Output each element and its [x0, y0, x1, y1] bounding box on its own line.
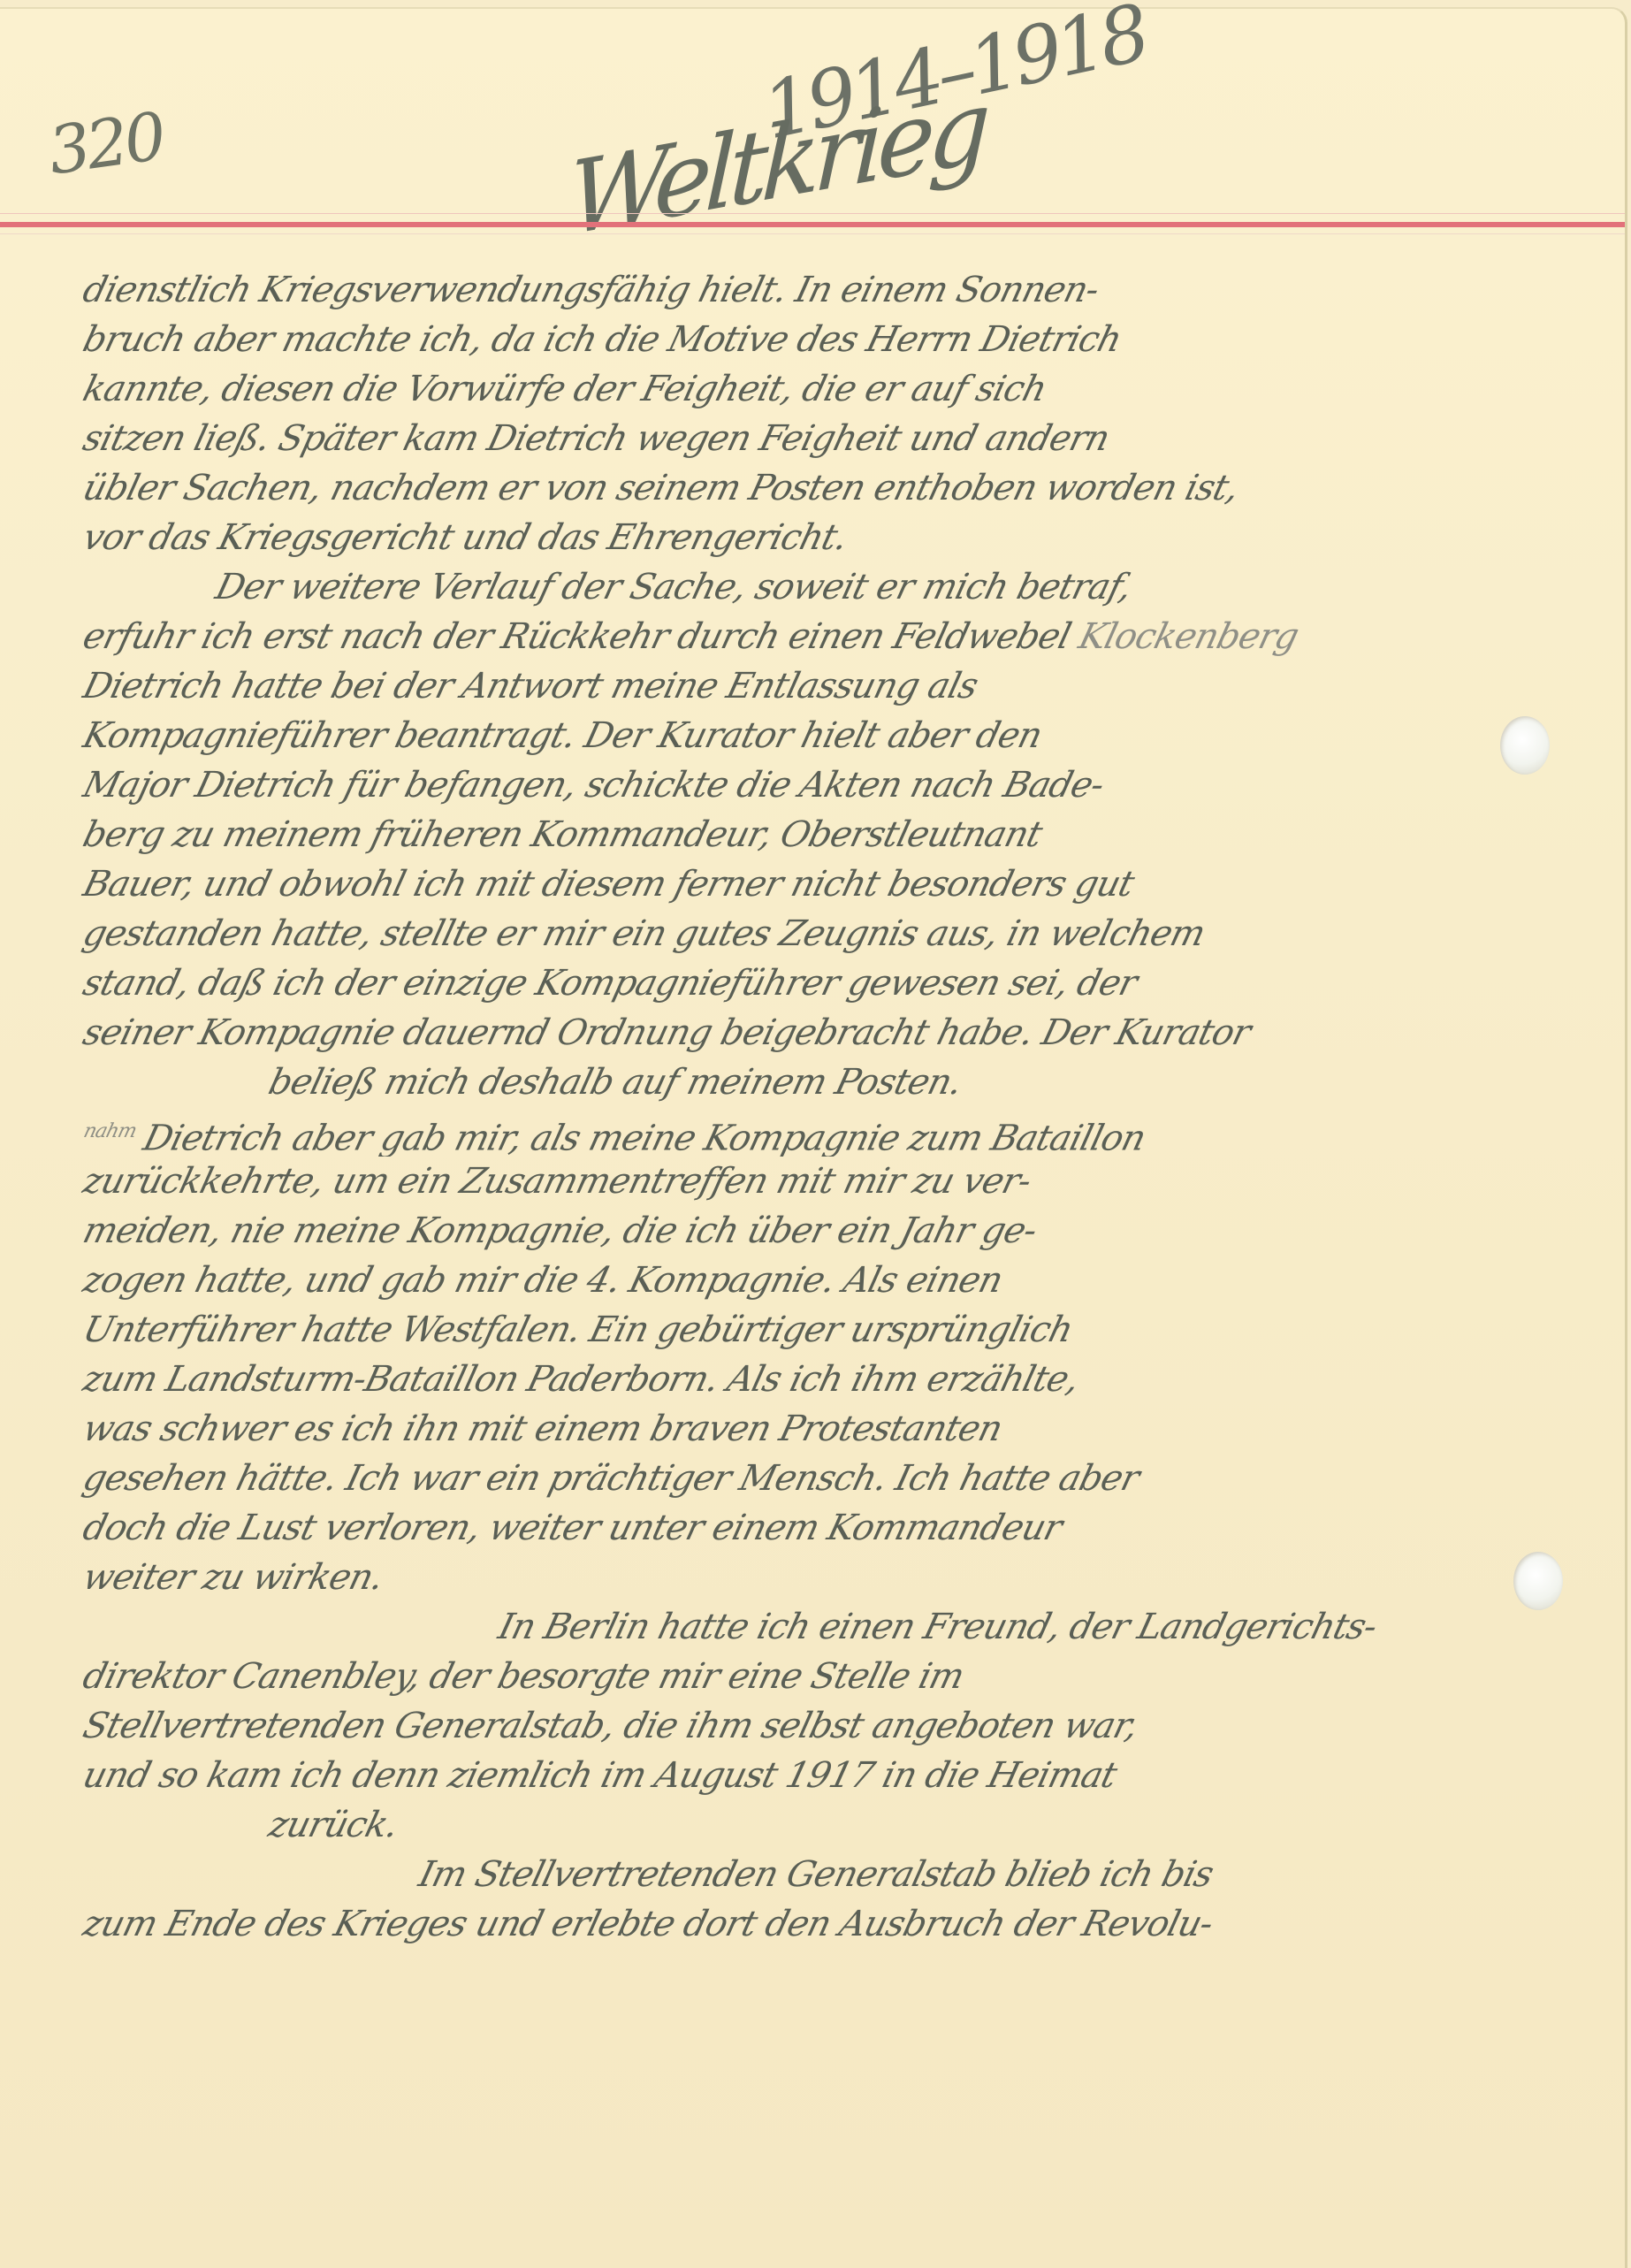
text-line: zum Landsturm-Bataillon Paderborn. Als i…: [78, 1355, 1593, 1404]
text-line: Bauer, und obwohl ich mit diesem ferner …: [78, 859, 1593, 909]
text-line: dienstlich Kriegsverwendungsfähig hielt.…: [78, 265, 1593, 315]
text-line: beließ mich deshalb auf meinem Posten.: [78, 1058, 1593, 1107]
page-number: 320: [44, 98, 168, 189]
text-line: Im Stellvertretenden Generalstab blieb i…: [78, 1850, 1593, 1899]
text-line: vor das Kriegsgericht und das Ehrengeric…: [78, 513, 1593, 562]
text-line: stand, daß ich der einzige Kompagnieführ…: [78, 958, 1593, 1008]
text-line: In Berlin hatte ich einen Freund, der La…: [78, 1602, 1593, 1652]
text-line: gestanden hatte, stellte er mir ein gute…: [78, 909, 1593, 958]
text-line: Der weitere Verlauf der Sache, soweit er…: [78, 562, 1593, 612]
text-line: sitzen ließ. Später kam Dietrich wegen F…: [78, 414, 1593, 463]
punch-hole-lower: [1513, 1552, 1563, 1610]
text-line: erfuhr ich erst nach der Rückkehr durch …: [79, 616, 1074, 657]
handwritten-body: dienstlich Kriegsverwendungsfähig hielt.…: [84, 265, 1587, 1949]
text-line: Dietrich aber gab mir, als meine Kompagn…: [139, 1118, 1149, 1157]
header-red-rule: [0, 222, 1625, 227]
text-line: direktor Canenbley, der besorgte mir ein…: [78, 1652, 1593, 1701]
interlinear-insertion: nahm: [81, 1120, 139, 1142]
text-line: Kompagnieführer beantragt. Der Kurator h…: [78, 711, 1593, 760]
text-line: seiner Kompagnie dauernd Ordnung beigebr…: [78, 1008, 1593, 1058]
text-line: Dietrich hatte bei der Antwort meine Ent…: [78, 661, 1593, 711]
document-page: 320 1914–1918 Weltkrieg dienstlich Krieg…: [0, 7, 1627, 2268]
text-line: gesehen hätte. Ich war ein prächtiger Me…: [78, 1454, 1593, 1503]
text-line: und so kam ich denn ziemlich im August 1…: [78, 1751, 1593, 1800]
punch-hole-upper: [1500, 716, 1550, 775]
text-line: Unterführer hatte Westfalen. Ein gebürti…: [78, 1305, 1593, 1355]
text-line: was schwer es ich ihn mit einem braven P…: [78, 1404, 1593, 1454]
header-rule-faint-top: [0, 213, 1625, 214]
text-line: kannte, diesen die Vorwürfe der Feigheit…: [78, 364, 1593, 414]
text-line: zogen hatte, und gab mir die 4. Kompagni…: [78, 1256, 1593, 1305]
pencil-annotation: Klockenberg: [1075, 616, 1302, 657]
text-line: doch die Lust verloren, weiter unter ein…: [78, 1503, 1593, 1553]
text-line: weiter zu wirken.: [78, 1553, 1593, 1602]
text-line: bruch aber machte ich, da ich die Motive…: [78, 315, 1593, 364]
text-line: Major Dietrich für befangen, schickte di…: [78, 760, 1593, 810]
text-line: Stellvertretenden Generalstab, die ihm s…: [78, 1701, 1593, 1751]
text-line-with-annotation: erfuhr ich erst nach der Rückkehr durch …: [78, 612, 1593, 661]
text-line: zum Ende des Krieges und erlebte dort de…: [78, 1899, 1593, 1949]
text-line: meiden, nie meine Kompagnie, die ich übe…: [78, 1206, 1593, 1256]
header-rule-faint-bottom: [0, 233, 1625, 234]
text-line: übler Sachen, nachdem er von seinem Post…: [78, 463, 1593, 513]
text-line: zurückkehrte, um ein Zusammentreffen mit…: [78, 1157, 1593, 1206]
text-line: zurück.: [78, 1800, 1593, 1850]
text-line: berg zu meinem früheren Kommandeur, Ober…: [78, 810, 1593, 859]
text-line-with-insertion: nahm Dietrich aber gab mir, als meine Ko…: [78, 1107, 1593, 1157]
